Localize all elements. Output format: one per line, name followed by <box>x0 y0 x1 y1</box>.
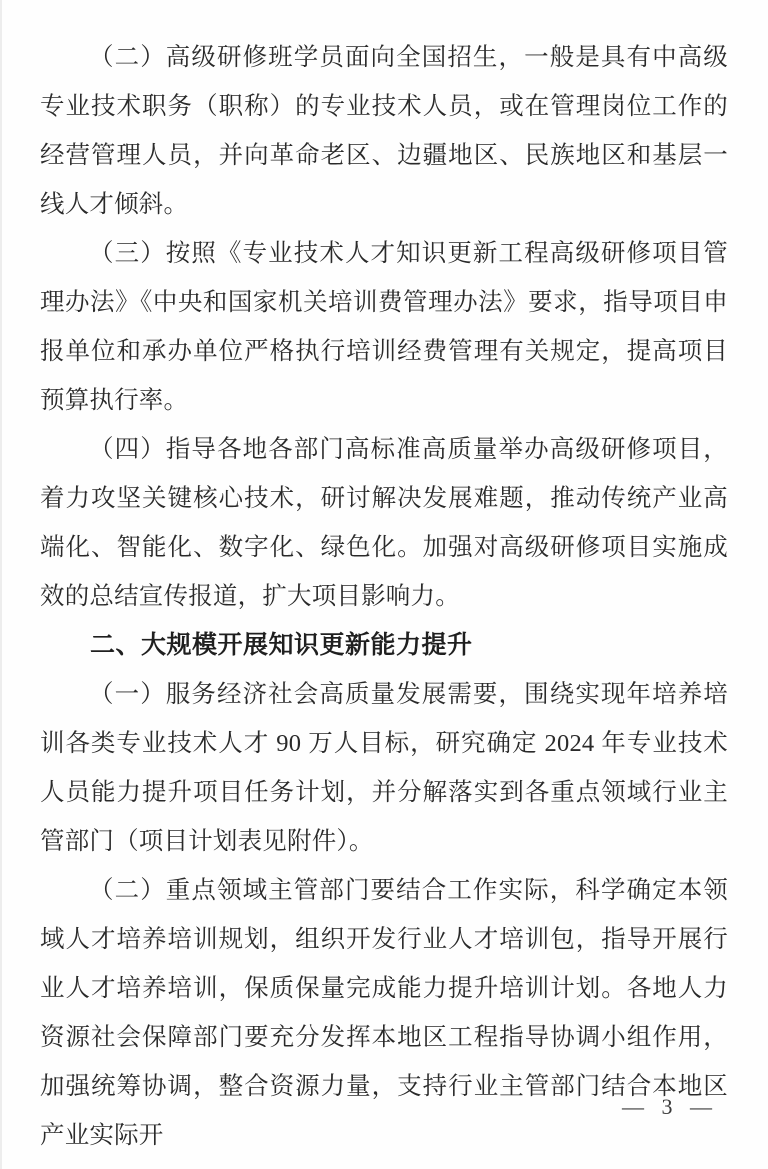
section-heading-knowledge-update: 二、大规模开展知识更新能力提升 <box>40 621 728 670</box>
page-number: — 3 — <box>622 1094 718 1120</box>
document-body: （二）高级研修班学员面向全国招生，一般是具有中高级专业技术职务（职称）的专业技术… <box>2 0 768 1160</box>
paragraph-item-3-funding-management: （三）按照《专业技术人才知识更新工程高级研修项目管理办法》《中央和国家机关培训费… <box>40 229 728 425</box>
document-page: （二）高级研修班学员面向全国招生，一般是具有中高级专业技术职务（职称）的专业技术… <box>0 0 768 1169</box>
paragraph-item-1-annual-training-target: （一）服务经济社会高质量发展需要，围绕实现年培养培训各类专业技术人才 90 万人… <box>40 670 728 866</box>
paragraph-item-4-project-quality: （四）指导各地各部门高标准高质量举办高级研修项目，着力攻坚关键核心技术，研讨解决… <box>40 425 728 621</box>
paragraph-item-2-senior-seminar-enrollment: （二）高级研修班学员面向全国招生，一般是具有中高级专业技术职务（职称）的专业技术… <box>40 33 728 229</box>
